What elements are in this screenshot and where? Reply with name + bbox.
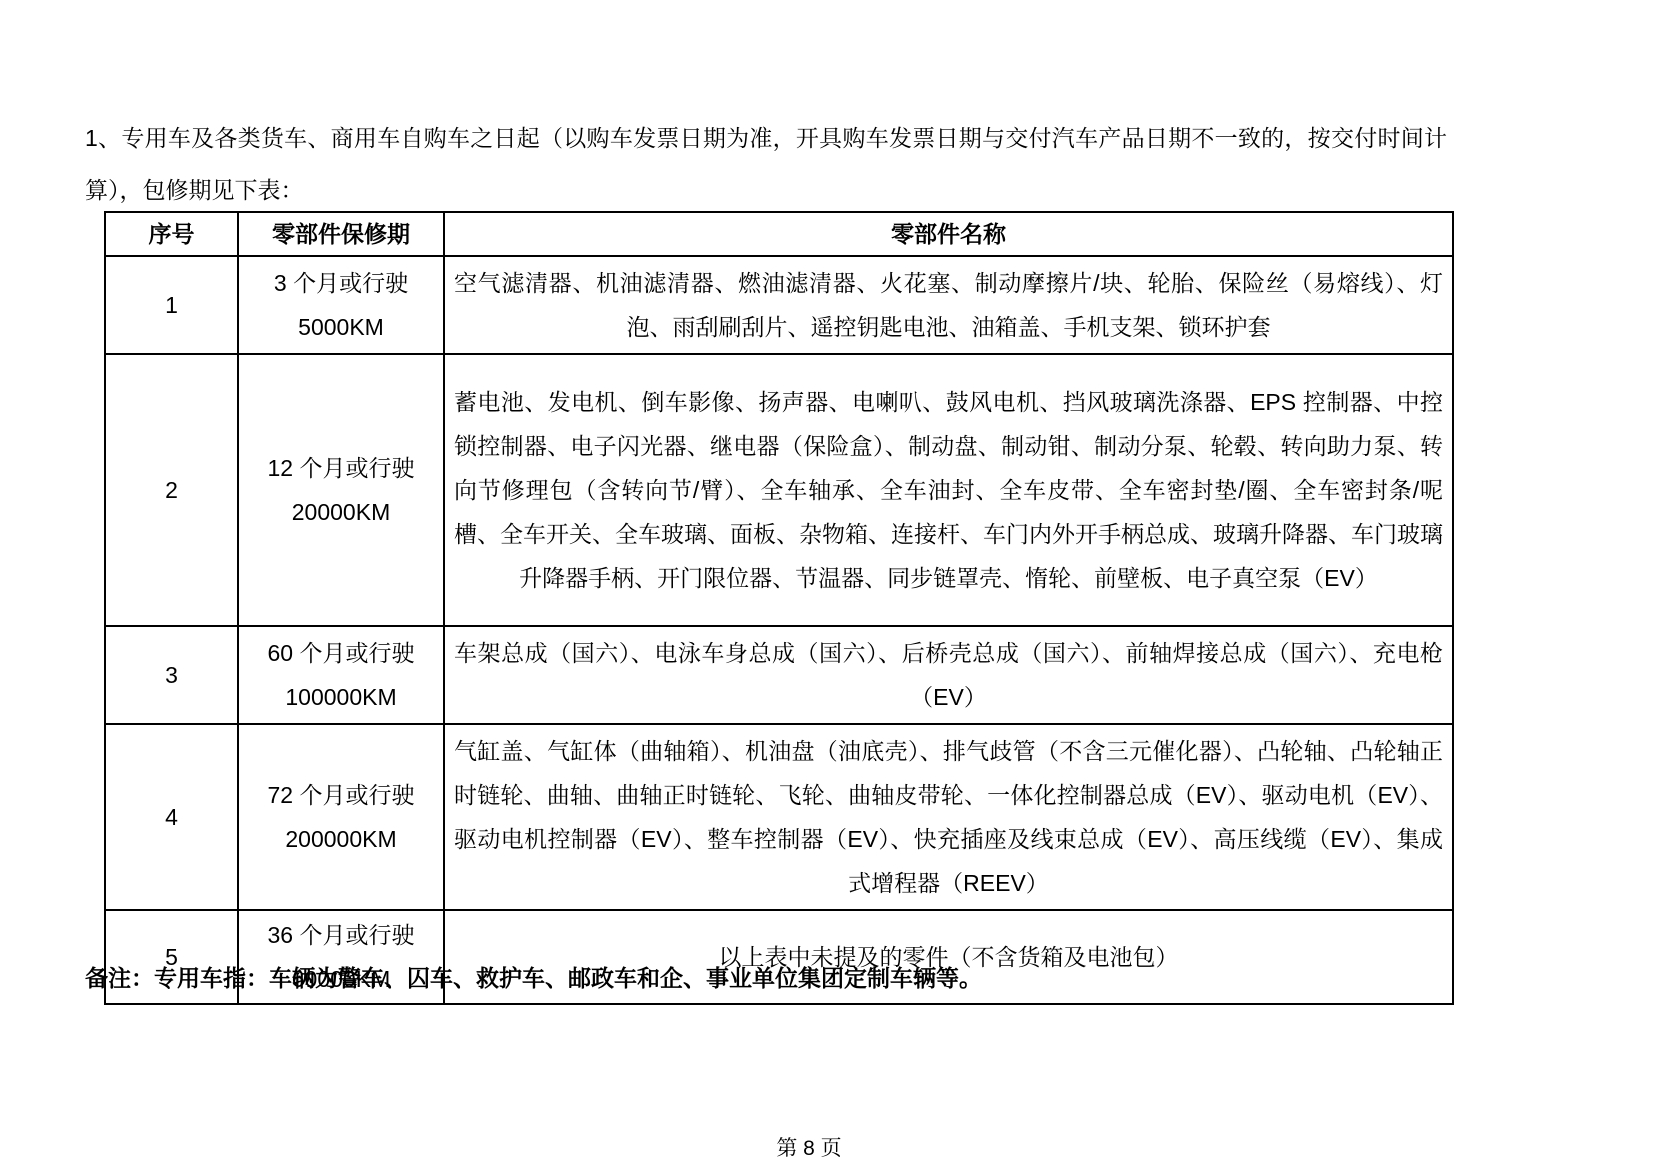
table-header-row: 序号 零部件保修期 零部件名称 xyxy=(105,212,1453,256)
row-number: 3 xyxy=(105,626,238,724)
row-number: 4 xyxy=(105,724,238,910)
row-parts-list: 蓄电池、发电机、倒车影像、扬声器、电喇叭、鼓风电机、挡风玻璃洗涤器、EPS 控制… xyxy=(444,354,1453,626)
header-no: 序号 xyxy=(105,212,238,256)
row-warranty-period: 72 个月或行驶 200000KM xyxy=(238,724,444,910)
row-number: 2 xyxy=(105,354,238,626)
row-parts-list: 车架总成（国六）、电泳车身总成（国六）、后桥壳总成（国六）、前轴焊接总成（国六）… xyxy=(444,626,1453,724)
row-warranty-period: 12 个月或行驶 20000KM xyxy=(238,354,444,626)
page-number: 第 8 页 xyxy=(0,1132,1618,1162)
warranty-table: 序号 零部件保修期 零部件名称 1 3 个月或行驶 5000KM 空气滤清器、机… xyxy=(104,211,1454,1005)
row-warranty-period: 60 个月或行驶 100000KM xyxy=(238,626,444,724)
table-row: 1 3 个月或行驶 5000KM 空气滤清器、机油滤清器、燃油滤清器、火花塞、制… xyxy=(105,256,1453,354)
row-warranty-period: 3 个月或行驶 5000KM xyxy=(238,256,444,354)
table-row: 3 60 个月或行驶 100000KM 车架总成（国六）、电泳车身总成（国六）、… xyxy=(105,626,1453,724)
row-parts-list: 气缸盖、气缸体（曲轴箱）、机油盘（油底壳）、排气歧管（不含三元催化器）、凸轮轴、… xyxy=(444,724,1453,910)
row-number: 1 xyxy=(105,256,238,354)
remark-note: 备注：专用车指：车辆为警车、囚车、救护车、邮政车和企、事业单位集团定制车辆等。 xyxy=(85,961,1485,995)
table-row: 2 12 个月或行驶 20000KM 蓄电池、发电机、倒车影像、扬声器、电喇叭、… xyxy=(105,354,1453,626)
header-parts: 零部件名称 xyxy=(444,212,1453,256)
table-row: 4 72 个月或行驶 200000KM 气缸盖、气缸体（曲轴箱）、机油盘（油底壳… xyxy=(105,724,1453,910)
header-period: 零部件保修期 xyxy=(238,212,444,256)
document-page: 1、专用车及各类货车、商用车自购车之日起（以购车发票日期为准，开具购车发票日期与… xyxy=(0,0,1654,1166)
row-parts-list: 空气滤清器、机油滤清器、燃油滤清器、火花塞、制动摩擦片/块、轮胎、保险丝（易熔线… xyxy=(444,256,1453,354)
intro-paragraph: 1、专用车及各类货车、商用车自购车之日起（以购车发票日期为准，开具购车发票日期与… xyxy=(85,112,1447,216)
